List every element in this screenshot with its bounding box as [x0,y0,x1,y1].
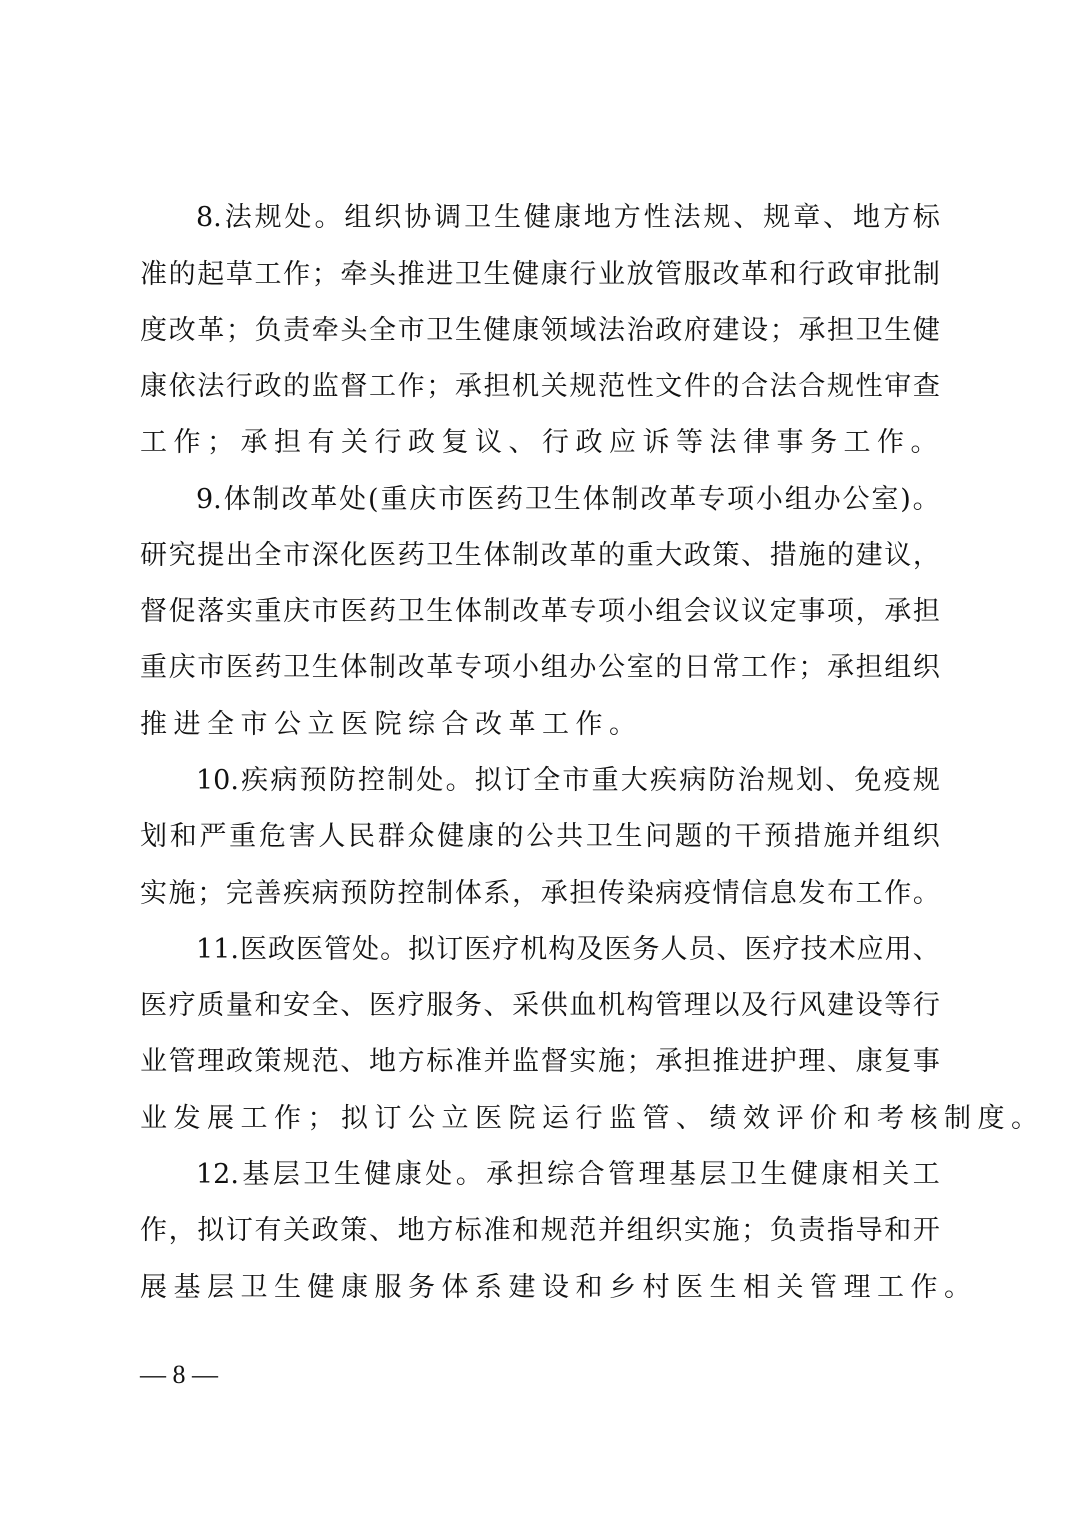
paragraph-11-line-2: 医疗质量和安全、医疗服务、采供血机构管理以及行风建设等行 [140,986,940,1026]
paragraph-8-line-3: 度改革；负责牵头全市卫生健康领域法治政府建设；承担卫生健 [140,311,940,351]
paragraph-9-line-3: 督促落实重庆市医药卫生体制改革专项小组会议议定事项，承担 [140,592,940,632]
paragraph-11-line-1: 11.医政医管处。拟订医疗机构及医务人员、医疗技术应用、 [196,930,940,970]
paragraph-10-line-3: 实施；完善疾病预防控制体系，承担传染病疫情信息发布工作。 [140,874,940,914]
document-page: 8.法规处。组织协调卫生健康地方性法规、规章、地方标 准的起草工作；牵头推进卫生… [0,0,1074,1520]
paragraph-12-line-1: 12.基层卫生健康处。承担综合管理基层卫生健康相关工 [196,1155,940,1195]
paragraph-9-line-5: 推进全市公立医院综合改革工作。 [140,705,940,745]
paragraph-10-line-2: 划和严重危害人民群众健康的公共卫生问题的干预措施并组织 [140,817,940,857]
paragraph-9-line-4: 重庆市医药卫生体制改革专项小组办公室的日常工作；承担组织 [140,648,940,688]
paragraph-8-line-4: 康依法行政的监督工作；承担机关规范性文件的合法合规性审查 [140,367,940,407]
paragraph-11-line-3: 业管理政策规范、地方标准并监督实施；承担推进护理、康复事 [140,1042,940,1082]
paragraph-8-line-2: 准的起草工作；牵头推进卫生健康行业放管服改革和行政审批制 [140,255,940,295]
page-number: — 8 — [140,1355,218,1395]
paragraph-12-line-2: 作，拟订有关政策、地方标准和规范并组织实施；负责指导和开 [140,1211,940,1251]
paragraph-11-line-4: 业发展工作；拟订公立医院运行监管、绩效评价和考核制度。 [140,1099,940,1139]
paragraph-9-line-1: 9.体制改革处(重庆市医药卫生体制改革专项小组办公室)。 [196,480,940,520]
paragraph-8-line-5: 工作；承担有关行政复议、行政应诉等法律事务工作。 [140,423,940,463]
paragraph-9-line-2: 研究提出全市深化医药卫生体制改革的重大政策、措施的建议， [140,536,940,576]
paragraph-12-line-3: 展基层卫生健康服务体系建设和乡村医生相关管理工作。 [140,1268,940,1308]
paragraph-10-line-1: 10.疾病预防控制处。拟订全市重大疾病防治规划、免疫规 [196,761,940,801]
paragraph-8-line-1: 8.法规处。组织协调卫生健康地方性法规、规章、地方标 [196,198,940,238]
